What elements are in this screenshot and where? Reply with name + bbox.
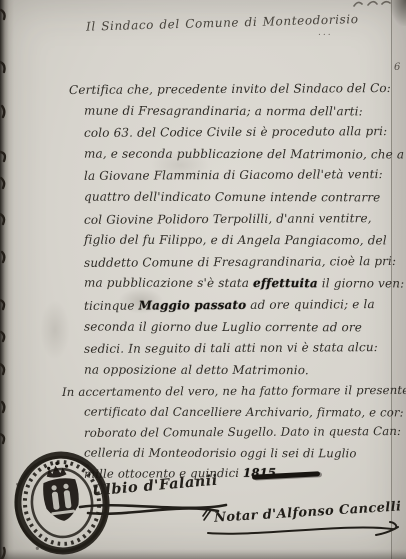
line-text: Certifica che, precedente invito del Sin…	[69, 81, 391, 97]
corner-smudge	[390, 0, 406, 26]
line-text: sedici. In seguito di tali atti non vi è…	[84, 340, 378, 356]
manuscript-line: suddetto Comune di Fresagrandinaria, cio…	[60, 251, 400, 275]
margin-number: 6	[394, 62, 400, 73]
line-text-heavy: Maggio passato	[139, 298, 247, 313]
line-text-heavy: effettuita	[253, 276, 318, 290]
manuscript-line: la Giovane Flamminia di Giacomo dell'età…	[60, 164, 400, 188]
manuscript-line: ticinque Maggio passato ad ore quindici;…	[60, 294, 400, 318]
line-text: mune di Fresagrandinaria; a norma dell'a…	[84, 103, 363, 118]
line-text: figlio del fu Filippo, e di Angela Pangi…	[84, 233, 387, 248]
line-text: ad ore quindici; e la	[246, 297, 375, 312]
cut-off-writing-fragment-icon	[352, 0, 392, 7]
line-text: celleria di Monteodorisio oggi li sei di…	[84, 445, 357, 460]
line-text: seconda il giorno due Luglio corrente ad…	[84, 319, 362, 334]
line-text: In accertamento del vero, ne ha fatto fo…	[62, 383, 406, 399]
line-text: col Giovine Polidoro Terpolilli, d'anni …	[84, 211, 372, 227]
manuscript-line: Certifica che, precedente invito del Sin…	[60, 78, 400, 102]
attestation-paragraph: In accertamento del vero, ne ha fatto fo…	[60, 381, 400, 484]
line-text: na opposizione al detto Matrimonio.	[84, 362, 309, 377]
manuscript-line: figlio del fu Filippo, e di Angela Pangi…	[60, 230, 400, 252]
manuscript-line: mune di Fresagrandinaria; a norma dell'a…	[60, 100, 400, 122]
line-text: ma pubblicazione s'è stata	[84, 276, 253, 290]
heading-trailing-dots: ...	[318, 28, 333, 38]
line-text: roborato del Comunale Sugello. Dato in q…	[84, 424, 401, 440]
line-text: ticinque	[84, 298, 139, 312]
line-text: il giorno ven:	[318, 277, 405, 291]
manuscript-line: In accertamento del vero, ne ha fatto fo…	[60, 380, 400, 403]
line-text: quattro dell'indicato Comune intende con…	[84, 190, 380, 205]
manuscript-line: celleria di Monteodorisio oggi li sei di…	[60, 442, 400, 463]
manuscript-line: sedici. In seguito di tali atti non vi è…	[60, 337, 400, 361]
manuscript-line: certificato dal Cancelliere Archivario, …	[60, 401, 400, 422]
line-text: ma, e seconda pubblicazione del Matrimon…	[84, 146, 404, 161]
line-text: certificato dal Cancelliere Archivario, …	[84, 404, 404, 419]
manuscript-line: roborato del Comunale Sugello. Dato in q…	[60, 421, 400, 444]
manuscript-line: colo 63. del Codice Civile si è procedut…	[60, 121, 400, 145]
manuscript-line: ma, e seconda pubblicazione del Matrimon…	[60, 143, 400, 165]
scanned-document-page: Il Sindaco del Comune di Monteodorisio .…	[0, 0, 406, 559]
manuscript-line: na opposizione al detto Matrimonio.	[60, 359, 400, 381]
manuscript-line: quattro dell'indicato Comune intende con…	[60, 187, 400, 209]
manuscript-line: ma pubblicazione s'è stata effettuita il…	[60, 273, 400, 295]
manuscript-line: col Giovine Polidoro Terpolilli, d'anni …	[60, 208, 400, 232]
line-text: la Giovane Flamminia di Giacomo dell'età…	[84, 167, 383, 183]
line-text: colo 63. del Codice Civile si è procedut…	[84, 124, 387, 140]
line-text: suddetto Comune di Fresagrandinaria, cio…	[84, 254, 396, 270]
document-heading: Il Sindaco del Comune di Monteodorisio	[86, 12, 346, 33]
manuscript-line: seconda il giorno due Luglio corrente ad…	[60, 316, 400, 338]
certificate-body: Certifica che, precedente invito del Sin…	[60, 79, 400, 381]
notary-flourish-icon	[206, 519, 402, 539]
